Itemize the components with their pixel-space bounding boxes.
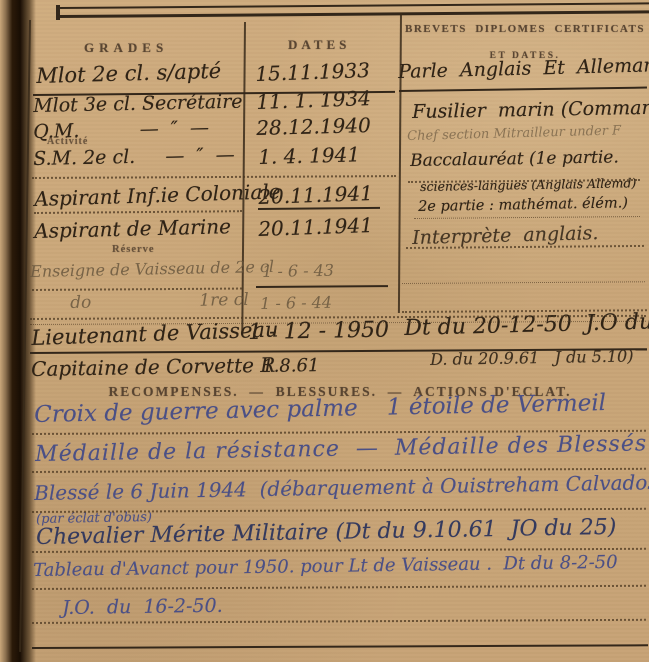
- date-entry-3: 28.12.1940: [256, 115, 371, 138]
- rule-recompense-6: [32, 619, 646, 624]
- grade-entry-2: Mlot 3e cl. Secrétaire: [33, 93, 243, 116]
- date-entry-7: 1 - 6 - 43: [262, 263, 334, 280]
- divider-dates-brevets: [398, 13, 402, 313]
- rule-2e-partie: [414, 216, 640, 219]
- brevet-entry-2: Fusilier marin (Commando: [412, 98, 649, 122]
- date-entry-8: 1 - 6 - 44: [260, 295, 332, 312]
- date-entry-6: 20.11.1941: [258, 215, 373, 239]
- brevet-entry-7: Interprète anglais.: [412, 224, 599, 248]
- brevet-entry-4: Baccalauréat (1e partie.: [410, 149, 619, 170]
- column-header-grades: GRADES: [84, 40, 168, 56]
- date-entry-4: 1. 4. 1941: [258, 144, 360, 167]
- rule-row4: [32, 175, 396, 179]
- printed-reserve-label: Réserve: [112, 244, 155, 255]
- rule-brevets-blank: [402, 281, 645, 284]
- recompense-line-7: J.O. du 16-2-50.: [62, 597, 223, 618]
- top-rule-1: [58, 2, 649, 9]
- rule-row5-grade: [34, 210, 242, 214]
- date-entry-5: 20.11.1941: [258, 183, 373, 207]
- brevet-entry-6: 2e partie : mathémat. élém.): [418, 196, 628, 214]
- recompense-line-6: Tableau d'Avanct pour 1950. pour Lt de V…: [33, 554, 618, 580]
- brevet-entry-1: Parle Anglais Et Allemand.: [398, 56, 649, 82]
- rule-row7-date: [256, 285, 388, 287]
- top-rule-2: [58, 10, 649, 17]
- date-entry-10: 1.8.61: [262, 357, 320, 376]
- rule-parle-underline: [399, 87, 647, 92]
- grade-entry-7: Enseigne de Vaisseau de 2e cl: [30, 259, 274, 280]
- grade-entry-6: Aspirant de Marine: [34, 216, 231, 241]
- grade-entry-10: Capitaine de Corvette R: [31, 355, 276, 379]
- recompense-line-3: Blessé le 6 Juin 1944 (débarquement à Ou…: [34, 472, 649, 503]
- grade-entry-4: S.M. 2e cl. — ″ —: [33, 146, 235, 169]
- recompense-line-2: Médaille de la résistance — Médaille des…: [35, 433, 647, 466]
- rule-row5-date: [258, 207, 380, 210]
- rule-bottom-solid: [32, 644, 648, 649]
- rule-recompense-5: [32, 585, 646, 590]
- column-header-brevets: BREVETS DIPLOMES CERTIFICATS: [404, 23, 646, 35]
- printed-activite-label: Activité: [47, 136, 88, 147]
- column-header-dates: DATES: [288, 37, 350, 53]
- date-entry-1: 15.11.1933: [255, 60, 370, 84]
- grade-entry-8: do 1re cl: [70, 292, 249, 312]
- brevet-entry-3: Chef section Mitrailleur under F: [407, 124, 621, 143]
- rule-recompense-3: [32, 508, 646, 513]
- record-card: GRADES DATES BREVETS DIPLOMES CERTIFICAT…: [0, 0, 649, 662]
- brevet-entry-9: D. du 20.9.61 J du 5.10): [430, 348, 634, 368]
- grade-entry-1: Mlot 2e cl. s/apté: [36, 61, 221, 87]
